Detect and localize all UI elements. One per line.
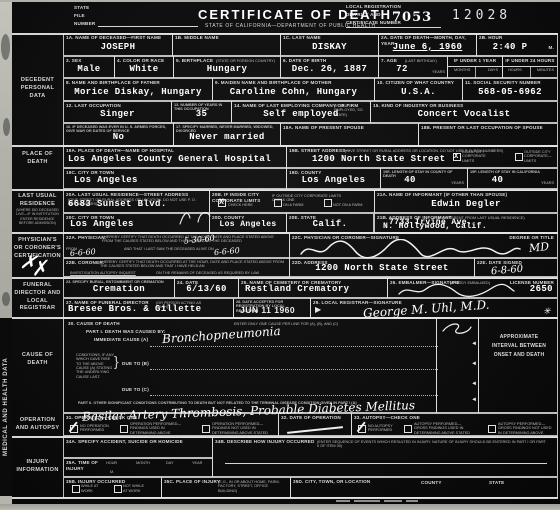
field-11: 11. SOCIAL SECURITY NUMBER 568-05-6962: [462, 78, 558, 101]
on-farm-label: ON A FARM: [283, 203, 303, 207]
field-19f-label: 19F. LENGTH OF STAY IN CALIFORNIA: [470, 170, 555, 174]
field-7c-col2: MINUTES: [537, 68, 554, 72]
immediate-cause-label: IMMEDIATE CAUSE (A): [94, 337, 148, 343]
death-certificate-scan: { "header": { "state_file": ["STATE", "F…: [0, 0, 560, 510]
field-25-value: Restland Crematory: [245, 285, 387, 294]
field-13: 13. NUMBER OF YEARS IN THIS OCCUPATION 3…: [171, 101, 232, 123]
field-9: 9. MAIDEN NAME AND BIRTHPLACE OF MOTHER …: [212, 78, 375, 101]
year-label: YEAR: [192, 461, 202, 465]
field-25: 25. NAME OF CEMETERY OR CREMATORY Restla…: [238, 278, 388, 298]
field-33: 33. AUTOPSY—CHECK ONE NO AUTOPSY PERFORM…: [351, 413, 558, 436]
form-number-microprint: [406, 500, 418, 502]
field-28: 28. DATE ACCEPTED FOR REGISTRATION BY LO…: [233, 298, 311, 318]
field-11-value: 568-05-6962: [463, 88, 557, 97]
field-8: 8. NAME AND BIRTHPLACE OF FATHER Morice …: [63, 78, 213, 101]
section-injury-information: INJURY INFORMATION: [13, 459, 62, 475]
field-19e: 19E. LENGTH OF STAY IN COUNTY OF DEATH 4…: [380, 168, 468, 189]
month-label: MONTH: [136, 461, 150, 465]
field-2b-value: 2:40 P: [477, 43, 543, 52]
field-34b: 34B. DESCRIBE HOW INJURY OCCURRED (ENTER…: [212, 437, 558, 477]
field-34a: 34A. SPECIFY ACCIDENT, SUICIDE OR HOMICI…: [63, 437, 213, 458]
cause-line-b: [150, 369, 438, 370]
field-6: 6. DATE OF BIRTH Dec. 26, 1887: [280, 56, 379, 78]
state-file-label-2: FILE: [74, 13, 85, 19]
field-22a: 22A. PHYSICIAN: I HEREBY CERTIFY THAT DE…: [63, 233, 290, 258]
section-cause-of-death: CAUSE OF DEATH: [13, 352, 62, 368]
divider: [475, 67, 476, 78]
field-23-value: Cremation: [64, 285, 174, 294]
field-7-under1year: IF UNDER 1 YEAR MONTHS DAYS: [447, 56, 503, 78]
no-autopsy-label: NO AUTOPSY PERFORMED: [368, 424, 398, 433]
field-4-value: White: [115, 65, 173, 74]
on-farm-checkbox: [274, 199, 282, 207]
interval-arrow-icon: ◄: [471, 397, 477, 403]
no-operation-dash: [287, 426, 343, 433]
scan-edge-top: [0, 0, 560, 2]
section-medical-health-data-vertical: MEDICAL AND HEALTH DATA: [0, 318, 12, 496]
outside-city-label: OUTSIDE CITY CORPORATE—LIMITS: [524, 150, 556, 163]
not-on-farm-label: NOT ON A FARM: [333, 203, 362, 207]
field-12-value: Singer: [64, 110, 171, 119]
field-22b-text1: I HEREBY CERTIFY THAT DEATH OCCURRED AT …: [100, 260, 285, 269]
field-5-value: Hungary: [174, 65, 280, 74]
field-19e-value: 40: [381, 176, 439, 185]
field-7b-col1: MONTHS: [454, 68, 470, 72]
field-29: 29. LOCAL REGISTRAR—SIGNATURE ▶ George M…: [310, 298, 558, 318]
handwritten-curl: [441, 321, 473, 335]
registration-date-stamp: JUN 11 1960: [240, 306, 295, 315]
field-10-label: 10. CITIZEN OF WHAT COUNTRY: [377, 80, 460, 86]
field-19f: 19F. LENGTH OF STAY IN CALIFORNIA 40 YEA…: [467, 168, 558, 189]
field-21b-value2: N. Hollywood, Calif.: [383, 223, 487, 231]
field-7c-label: IF UNDER 24 HOURS: [505, 58, 555, 64]
field-20e: 20E. STATE Calif.: [286, 213, 374, 233]
cause-line-a: [150, 346, 438, 347]
field-7b-col2: DAYS: [488, 68, 498, 72]
field-8-value: Morice Diskay, Hungary: [64, 88, 212, 97]
field-20c: 20C. CITY OR TOWN Los Angeles: [63, 213, 210, 233]
field-2b: 2B. HOUR 2:40 P M.: [476, 33, 558, 56]
operation-findings-used-checkbox: [120, 425, 128, 433]
autopsy-findings-not-used-checkbox: [488, 425, 496, 433]
field-22c: 22C. PHYSICIAN OR CORONER—SIGNATURE DEGR…: [289, 233, 558, 258]
field-35d: 35D. CITY, TOWN, OR LOCATION COUNTY STAT…: [290, 477, 558, 498]
physician-signature-scribble: [298, 239, 523, 259]
field-31-label: 31. OPERATION—CHECK ONE: [66, 415, 137, 421]
field-26: 26. EMBALMER—SIGNATURE (IF BODY EMBALMED…: [387, 278, 558, 298]
field-22d-value: 1200 North State Street: [290, 264, 474, 273]
section-last-usual-residence: LAST USUAL RESIDENCE: [13, 193, 62, 209]
day-label: DAY: [166, 461, 174, 465]
state-file-label-1: STATE: [74, 5, 89, 11]
field-1c-value: DISKAY: [281, 43, 378, 52]
field-31: 31. OPERATION—CHECK ONE NO OPERATION PER…: [63, 413, 279, 436]
field-20d: 20D. COUNTY Los Angeles: [209, 213, 287, 233]
last-seen-alive-date: 6-6-60: [214, 247, 240, 257]
no-operation-label: NO OPERATION PERFORMED: [80, 424, 112, 433]
field-19d: 19D. COUNTY Los Angeles: [286, 168, 381, 189]
field-9-value: Caroline Cohn, Hungary: [213, 88, 374, 97]
field-15-value: Concert Vocalist: [371, 110, 557, 119]
field-33-label: 33. AUTOPSY—CHECK ONE: [354, 415, 420, 421]
due-to-c-label: DUE TO (C): [122, 387, 149, 393]
field-15: 15. KIND OF INDUSTRY OR BUSINESS Concert…: [370, 101, 558, 123]
local-registration-label-1: LOCAL REGISTRATION: [346, 4, 401, 10]
scan-edge-bottom: [0, 504, 560, 510]
form-number-microprint: [336, 500, 350, 502]
field-21a-label: 21A. NAME OF INFORMANT (IF OTHER THAN SP…: [377, 192, 555, 198]
field-7-value: 72: [379, 65, 425, 74]
field-19f-unit: YEARS: [541, 181, 554, 185]
approximate-interval-label: APPROXIMATE INTERVAL BETWEEN ONSET AND D…: [487, 333, 551, 360]
field-7c-col1: HOURS: [508, 68, 522, 72]
autopsy-findings-used-checkbox: [404, 425, 412, 433]
field-19b: 19B. STREET ADDRESS— (GIVE STREET OR RUR…: [286, 146, 558, 168]
not-while-at-work-checkbox: [114, 485, 122, 493]
field-6-label: 6. DATE OF BIRTH: [283, 58, 376, 64]
field-4: 4. COLOR OR RACE White: [114, 56, 174, 78]
field-19c-value: Los Angeles: [74, 176, 286, 185]
field-14-value: Self employed: [232, 110, 370, 119]
field-22b-options: INVESTIGATION AUTOPSY INQUEST: [70, 271, 136, 275]
date-signed-handwritten: 6-8-60: [491, 265, 524, 278]
field-35d-label: 35D. CITY, TOWN, OR LOCATION: [293, 479, 370, 485]
field-19a: 19A. PLACE OF DEATH—NAME OF HOSPITAL Los…: [63, 146, 287, 168]
field-19b-label: 19B. STREET ADDRESS—: [289, 148, 350, 154]
field-2b-label: 2B. HOUR: [479, 35, 555, 41]
part1-label: PART I. DEATH WAS CAUSED BY:: [86, 329, 166, 335]
field-20e-value: Calif.: [287, 220, 373, 229]
field-24-value: 6/13/60: [175, 285, 238, 294]
certificate-number-underline: [346, 27, 441, 28]
field-12: 12. LAST OCCUPATION Singer: [63, 101, 172, 123]
field-19f-value: 40: [468, 176, 527, 185]
embalmer-signature-scribble: [396, 283, 516, 298]
section-funeral-director: FUNERAL DIRECTOR AND LOCAL REGISTRAR: [13, 282, 62, 313]
interval-arrow-icon: ◄: [471, 341, 477, 347]
section-place-of-death: PLACE OF DEATH: [13, 151, 62, 167]
physician-degree-handwritten: MD: [528, 241, 549, 254]
field-35c-sub: (E.G., IN OR ABOUT HOME, FARM, FACTORY, …: [218, 480, 288, 493]
injury-answer-line: [225, 463, 547, 464]
field-23: 23. SPECIFY BURIAL, ENTOMBMENT OR CREMAT…: [63, 278, 175, 298]
field-22d: 22D. ADDRESS 1200 North State Street: [289, 258, 475, 277]
field-19e-unit: YEARS: [451, 181, 464, 185]
field-12-label: 12. LAST OCCUPATION: [66, 103, 169, 109]
field-24: 24. DATE 6/13/60: [174, 278, 239, 298]
certificate-number: 12028: [452, 9, 511, 22]
field-27-value: Bresee Bros. & Gillette: [68, 305, 233, 314]
field-11-label: 11. SOCIAL SECURITY NUMBER: [465, 80, 555, 86]
meridiem-label: M.: [110, 470, 114, 474]
field-27: 27. NAME OF FUNERAL DIRECTOR (OR PERSON …: [63, 298, 234, 318]
field-20b: 20B. IF INSIDE CITY CORPORATE LIMITS X C…: [209, 190, 375, 213]
section-operation-autopsy: OPERATION AND AUTOPSY: [13, 417, 62, 433]
brace: }: [114, 353, 119, 369]
field-17: 17. SPECIFY MARRIED, NEVER MARRIED, WIDO…: [173, 123, 281, 146]
state-file-underline: [98, 26, 198, 27]
field-22b-label: 22B. CORONER:: [66, 260, 105, 266]
field-9-label: 9. MAIDEN NAME AND BIRTHPLACE OF MOTHER: [215, 80, 372, 86]
field-20d-value: Los Angeles: [210, 221, 286, 229]
field-34a-label: 34A. SPECIFY ACCIDENT, SUICIDE OR HOMICI…: [66, 439, 210, 445]
field-3: 3. SEX Male: [63, 56, 115, 78]
field-4-label: 4. COLOR OR RACE: [117, 58, 171, 64]
field-17-value: Never married: [174, 133, 280, 142]
field-19a-value: Los Angeles County General Hospital: [68, 155, 286, 164]
form-number-microprint: [354, 500, 380, 502]
field-6-value: Dec. 26, 1887: [281, 65, 378, 74]
attended-to-date: 6-6-60: [70, 248, 96, 258]
form-number-microprint: [384, 500, 402, 502]
field-1a-label: 1A. NAME OF DECEASED—FIRST NAME: [66, 35, 170, 41]
field-1b: 1B. MIDDLE NAME: [172, 33, 281, 56]
interval-arrow-column: ◄ ◄ ◄ ◄: [436, 318, 479, 413]
field-30-cause-of-death: 30. CAUSE OF DEATH ENTER ONLY ONE CAUSE …: [63, 318, 437, 413]
field-1c: 1C. LAST NAME DISKAY: [280, 33, 379, 56]
field-1a-value: JOSEPH: [64, 43, 172, 52]
immediate-cause-handwritten: Bronchopneumonia: [162, 325, 281, 345]
state-label: STATE: [489, 480, 504, 486]
field-7-unit: YEARS: [432, 70, 445, 74]
state-file-label-3: NUMBER: [74, 21, 95, 27]
field-21b: 21B. ADDRESS OF INFORMANT (IF DIFFERENT …: [374, 213, 558, 233]
field-10: 10. CITIZEN OF WHAT COUNTRY U.S.A.: [374, 78, 463, 101]
field-21a-value: Edwin Degler: [375, 200, 557, 209]
county-label: COUNTY: [421, 480, 442, 486]
interval-arrow-icon: ◄: [471, 361, 477, 367]
field-16: 16. IF DECEASED WAS EVER IN U. S. ARMED …: [63, 123, 174, 146]
section-decedent-personal-data: DECEDENT PERSONAL DATA: [13, 77, 62, 100]
section-residence-note: (WHERE DID DECEASED LIVE—IF IN INSTITUTI…: [13, 208, 62, 225]
field-21a: 21A. NAME OF INFORMANT (IF OTHER THAN SP…: [374, 190, 558, 213]
field-19a-label: 19A. PLACE OF DEATH—NAME OF HOSPITAL: [66, 148, 284, 154]
attended-from-date: 5-30-60: [184, 234, 216, 245]
while-at-work-label: WHILE AT WORK: [81, 484, 103, 493]
check-here-mark: X: [219, 199, 224, 207]
field-2a: 2A. DATE OF DEATH—MONTH, DAY, YEAR June …: [378, 33, 477, 56]
field-14: 14. NAME OF LAST EMPLOYING COMPANY OR FI…: [231, 101, 371, 123]
field-13-value: 35: [172, 110, 231, 119]
field-16-value: No: [64, 133, 173, 142]
not-on-farm-checkbox: [324, 199, 332, 207]
field-19b-value: 1200 North State Street: [312, 155, 445, 164]
field-7-under24hours: IF UNDER 24 HOURS HOURS MINUTES: [502, 56, 558, 78]
field-8-label: 8. NAME AND BIRTHPLACE OF FATHER: [66, 80, 210, 86]
cause-line-c: [150, 395, 438, 396]
registrar-arrow-icon: ▶: [315, 306, 321, 314]
interval-arrow-icon: ◄: [471, 381, 477, 387]
field-22e: 22E. DATE SIGNED 6-8-60: [474, 258, 558, 277]
while-at-work-checkbox: [72, 485, 80, 493]
field-35c: 35C. PLACE OF INJURY (E.G., IN OR ABOUT …: [161, 477, 291, 498]
field-22b-text3: ON THE REMAINS OF DECEASED AS REQUIRED B…: [156, 271, 286, 275]
field-22b: 22B. CORONER: I HEREBY CERTIFY THAT DEAT…: [63, 258, 290, 277]
field-7: 7. AGE (LAST BIRTHDAY) 72 YEARS: [378, 56, 448, 78]
field-34b-sub: (ENTER SEQUENCE OF EVENTS WHICH RESULTED…: [317, 440, 547, 449]
embalmer-license-number: 2650: [530, 285, 553, 294]
field-18a: 18A. NAME OF PRESENT SPOUSE: [280, 123, 419, 146]
field-34b-label: 34B. DESCRIBE HOW INJURY OCCURRED: [215, 439, 315, 445]
field-35a: 35A. TIME OF INJURY HOUR MONTH DAY YEAR …: [63, 458, 213, 477]
approximate-interval-cell: APPROXIMATE INTERVAL BETWEEN ONSET AND D…: [478, 318, 558, 413]
field-32: 32. DATE OF OPERATION: [278, 413, 352, 436]
field-22a-label: 22A. PHYSICIAN:: [66, 235, 107, 241]
check-here-label: CHECK HERE: [228, 203, 253, 207]
field-35c-label: 35C. PLACE OF INJURY: [164, 479, 220, 485]
district-number: 7053: [392, 11, 432, 24]
field-18b: 18B. PRESENT OR LAST OCCUPATION OF SPOUS…: [418, 123, 558, 146]
hour-label: HOUR: [106, 461, 117, 465]
field-18a-label: 18A. NAME OF PRESENT SPOUSE: [283, 125, 416, 131]
field-7b-label: IF UNDER 1 YEAR: [450, 58, 500, 64]
handwritten-x-mark-2: ✗: [30, 257, 49, 279]
field-2a-value: June 6, 1960: [379, 43, 476, 52]
field-10-value: U.S.A.: [375, 88, 462, 97]
field-1a: 1A. NAME OF DECEASED—FIRST NAME JOSEPH: [63, 33, 173, 56]
local-registration-label-2: DISTRICT AND: [346, 12, 381, 18]
field-35b: 35B. INJURY OCCURRED WHILE AT WORK NOT W…: [63, 477, 162, 498]
not-while-at-work-label: NOT WHILE AT WORK: [123, 484, 149, 493]
field-5-sub: (STATE OR FOREIGN COUNTRY): [216, 59, 276, 63]
field-35a-label: 35A. TIME OF INJURY: [66, 460, 98, 471]
field-20a-label: 20A. LAST USUAL RESIDENCE—STREET ADDRESS: [66, 192, 207, 198]
field-3-label: 3. SEX: [66, 58, 112, 64]
outside-city-checkbox: [515, 153, 523, 161]
field-15-label: 15. KIND OF INDUSTRY OR BUSINESS: [373, 103, 555, 109]
field-19c: 19C. CITY OR TOWN Los Angeles: [63, 168, 287, 189]
field-3-value: Male: [64, 65, 114, 74]
field-2b-unit: M.: [548, 45, 554, 51]
field-18b-label: 18B. PRESENT OR LAST OCCUPATION OF SPOUS…: [421, 125, 555, 131]
conditions-label: CONDITIONS, IF ANY, WHICH GAVE RISE TO T…: [76, 353, 116, 379]
inside-city-label: INSIDE CITY CORPORATE LIMITS: [462, 150, 492, 163]
field-5: 5. BIRTHPLACE (STATE OR FOREIGN COUNTRY)…: [173, 56, 281, 78]
field-7-sub: (LAST BIRTHDAY): [405, 59, 437, 63]
divider: [530, 67, 531, 78]
due-to-b-label: DUE TO (B): [122, 361, 149, 367]
field-1b-label: 1B. MIDDLE NAME: [175, 35, 278, 41]
inside-city-checkbox-mark: X: [454, 154, 458, 161]
field-1c-label: 1C. LAST NAME: [283, 35, 376, 41]
field-19d-value: Los Angeles: [287, 176, 380, 185]
operation-findings-not-used-checkbox: [202, 425, 210, 433]
field-30-label: 30. CAUSE OF DEATH: [68, 321, 120, 327]
field-32-label: 32. DATE OF OPERATION: [281, 415, 349, 421]
